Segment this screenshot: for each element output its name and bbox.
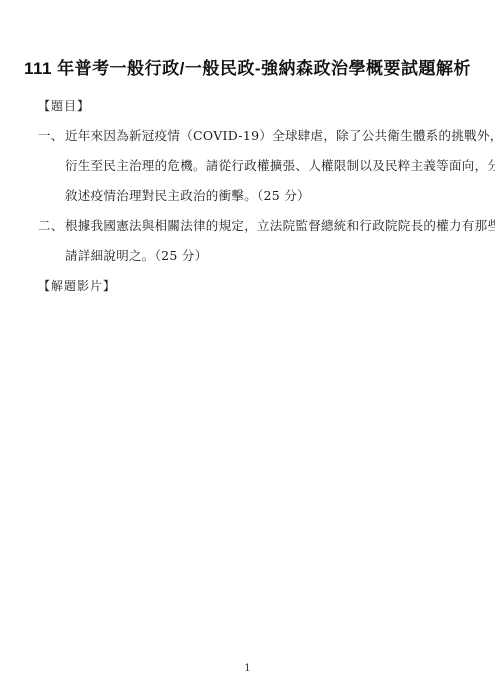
page-title: 111 年普考一般行政/一般民政-強納森政治學概要試題解析 [0,0,495,81]
question-line: 請詳細說明之。（25 分） [65,241,495,271]
question-number: 二、 [38,211,65,241]
page-number: 1 [0,662,495,674]
question-line: 根據我國憲法與相關法律的規定，立法院監督總統和行政院院長的權力有那些？ [65,211,495,241]
question-line: 衍生至民主治理的危機。請從行政權擴張、人權限制以及民粹主義等面向，分別 [65,151,495,181]
document-page: 111 年普考一般行政/一般民政-強納森政治學概要試題解析 【題目】 一、 近年… [0,0,495,700]
question-line: 敘述疫情治理對民主政治的衝擊。（25 分） [65,181,495,211]
question-text: 近年來因為新冠疫情（COVID-19）全球肆虐，除了公共衛生體系的挑戰外，甚至 … [65,121,495,211]
question-item-1: 一、 近年來因為新冠疫情（COVID-19）全球肆虐，除了公共衛生體系的挑戰外，… [38,121,475,211]
question-number: 一、 [38,121,65,151]
question-line: 近年來因為新冠疫情（COVID-19）全球肆虐，除了公共衛生體系的挑戰外，甚至 [65,121,495,151]
question-section-header: 【題目】 [38,91,475,121]
question-item-2: 二、 根據我國憲法與相關法律的規定，立法院監督總統和行政院院長的權力有那些？ 請… [38,211,475,271]
video-section-header: 【解題影片】 [38,271,475,301]
question-text: 根據我國憲法與相關法律的規定，立法院監督總統和行政院院長的權力有那些？ 請詳細說… [65,211,495,271]
document-body: 【題目】 一、 近年來因為新冠疫情（COVID-19）全球肆虐，除了公共衛生體系… [38,91,475,301]
